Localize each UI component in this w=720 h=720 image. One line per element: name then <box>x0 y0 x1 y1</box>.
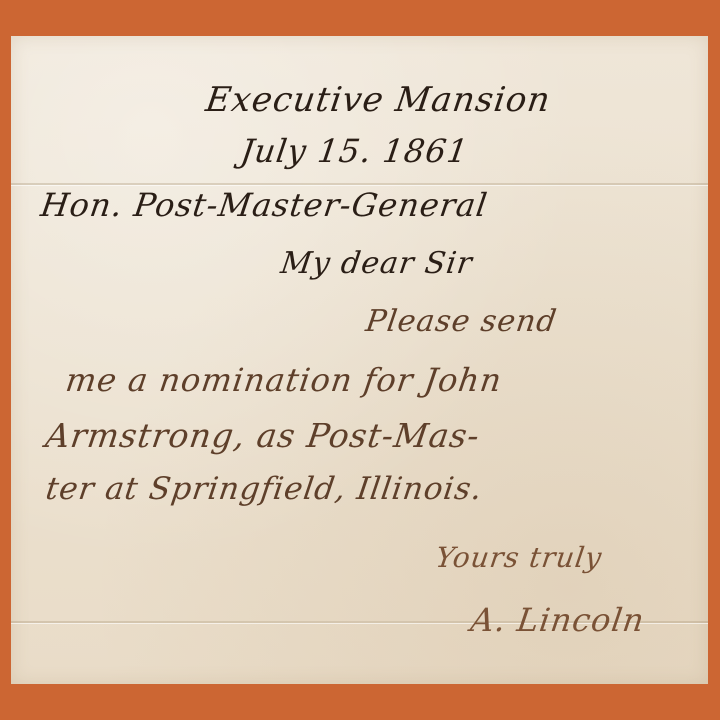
letter-body-line-2: me a nomination for John <box>63 361 504 399</box>
letter-body-line-4: ter at Springfield, Illinois. <box>43 471 484 507</box>
paper-fold-line-top <box>11 183 708 185</box>
letter-salutation: My dear Sir <box>279 246 475 281</box>
letter-date: July 15. 1861 <box>238 132 471 170</box>
letter-closing: Yours truly <box>434 541 605 574</box>
letter-body-line-3: Armstrong, as Post-Mas- <box>43 416 482 455</box>
letter-body-line-1: Please send <box>364 304 560 339</box>
letter-signature: A. Lincoln <box>468 601 647 639</box>
letter-paper: Executive Mansion July 15. 1861 Hon. Pos… <box>11 36 708 684</box>
letter-heading: Executive Mansion <box>203 80 553 120</box>
letter-addressee: Hon. Post-Master-General <box>38 186 490 224</box>
